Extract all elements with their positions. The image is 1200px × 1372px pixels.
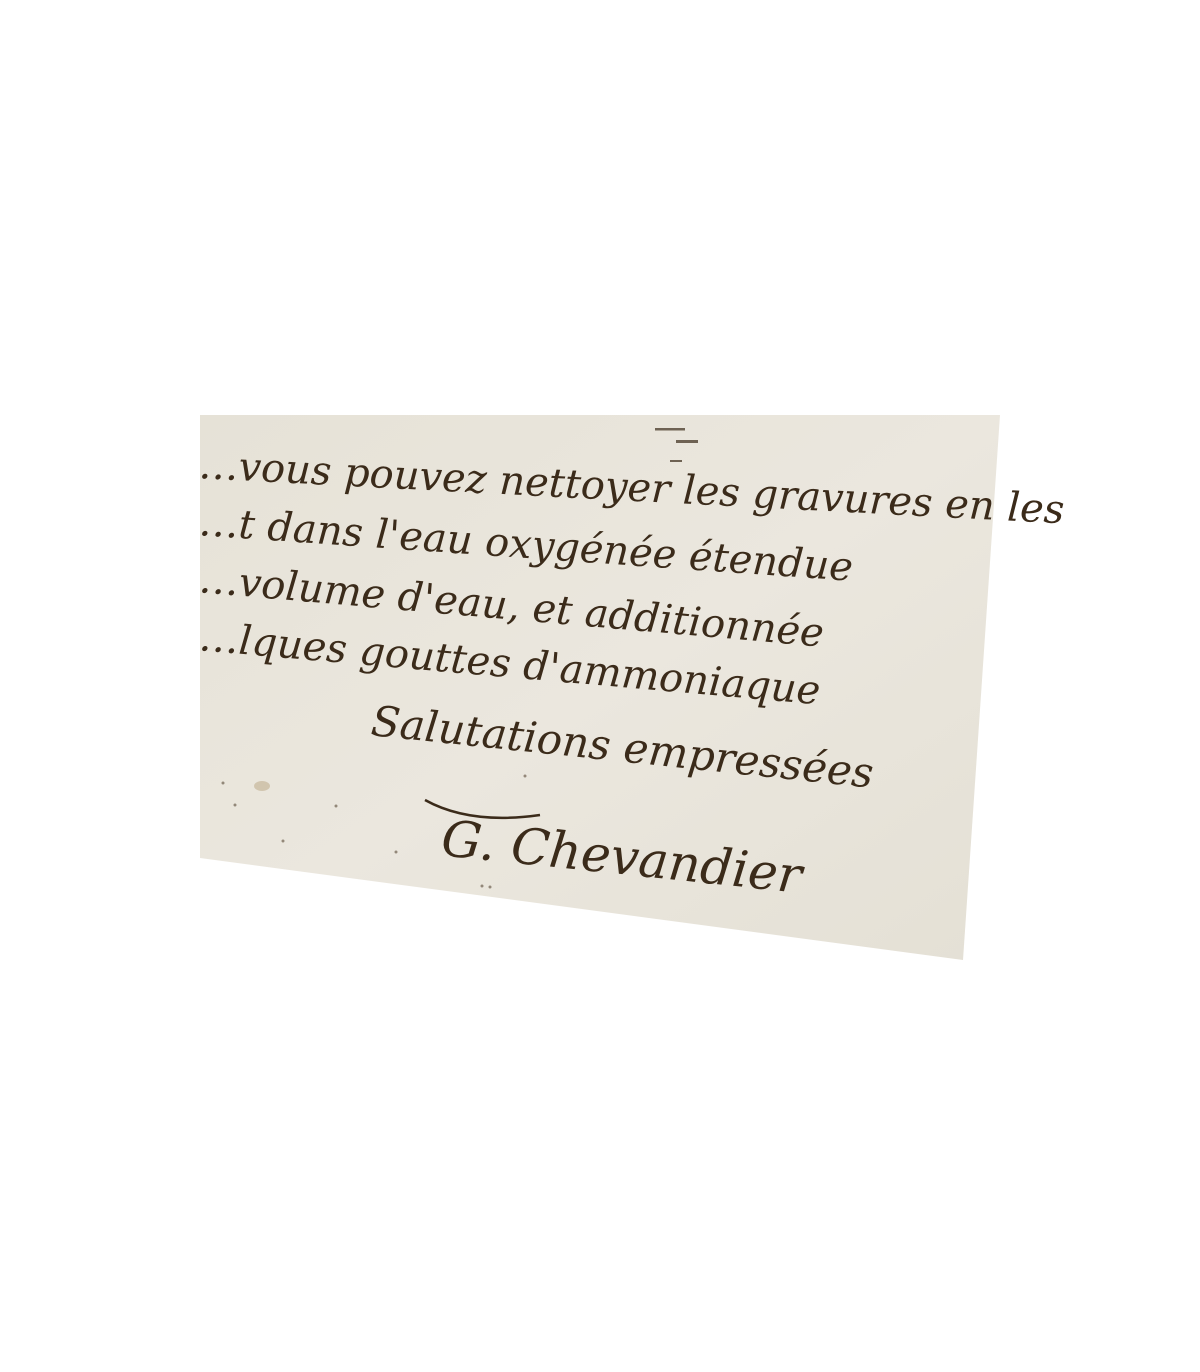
letter-photo: …vous pouvez nettoyer les gravures en le… xyxy=(0,0,1200,1372)
